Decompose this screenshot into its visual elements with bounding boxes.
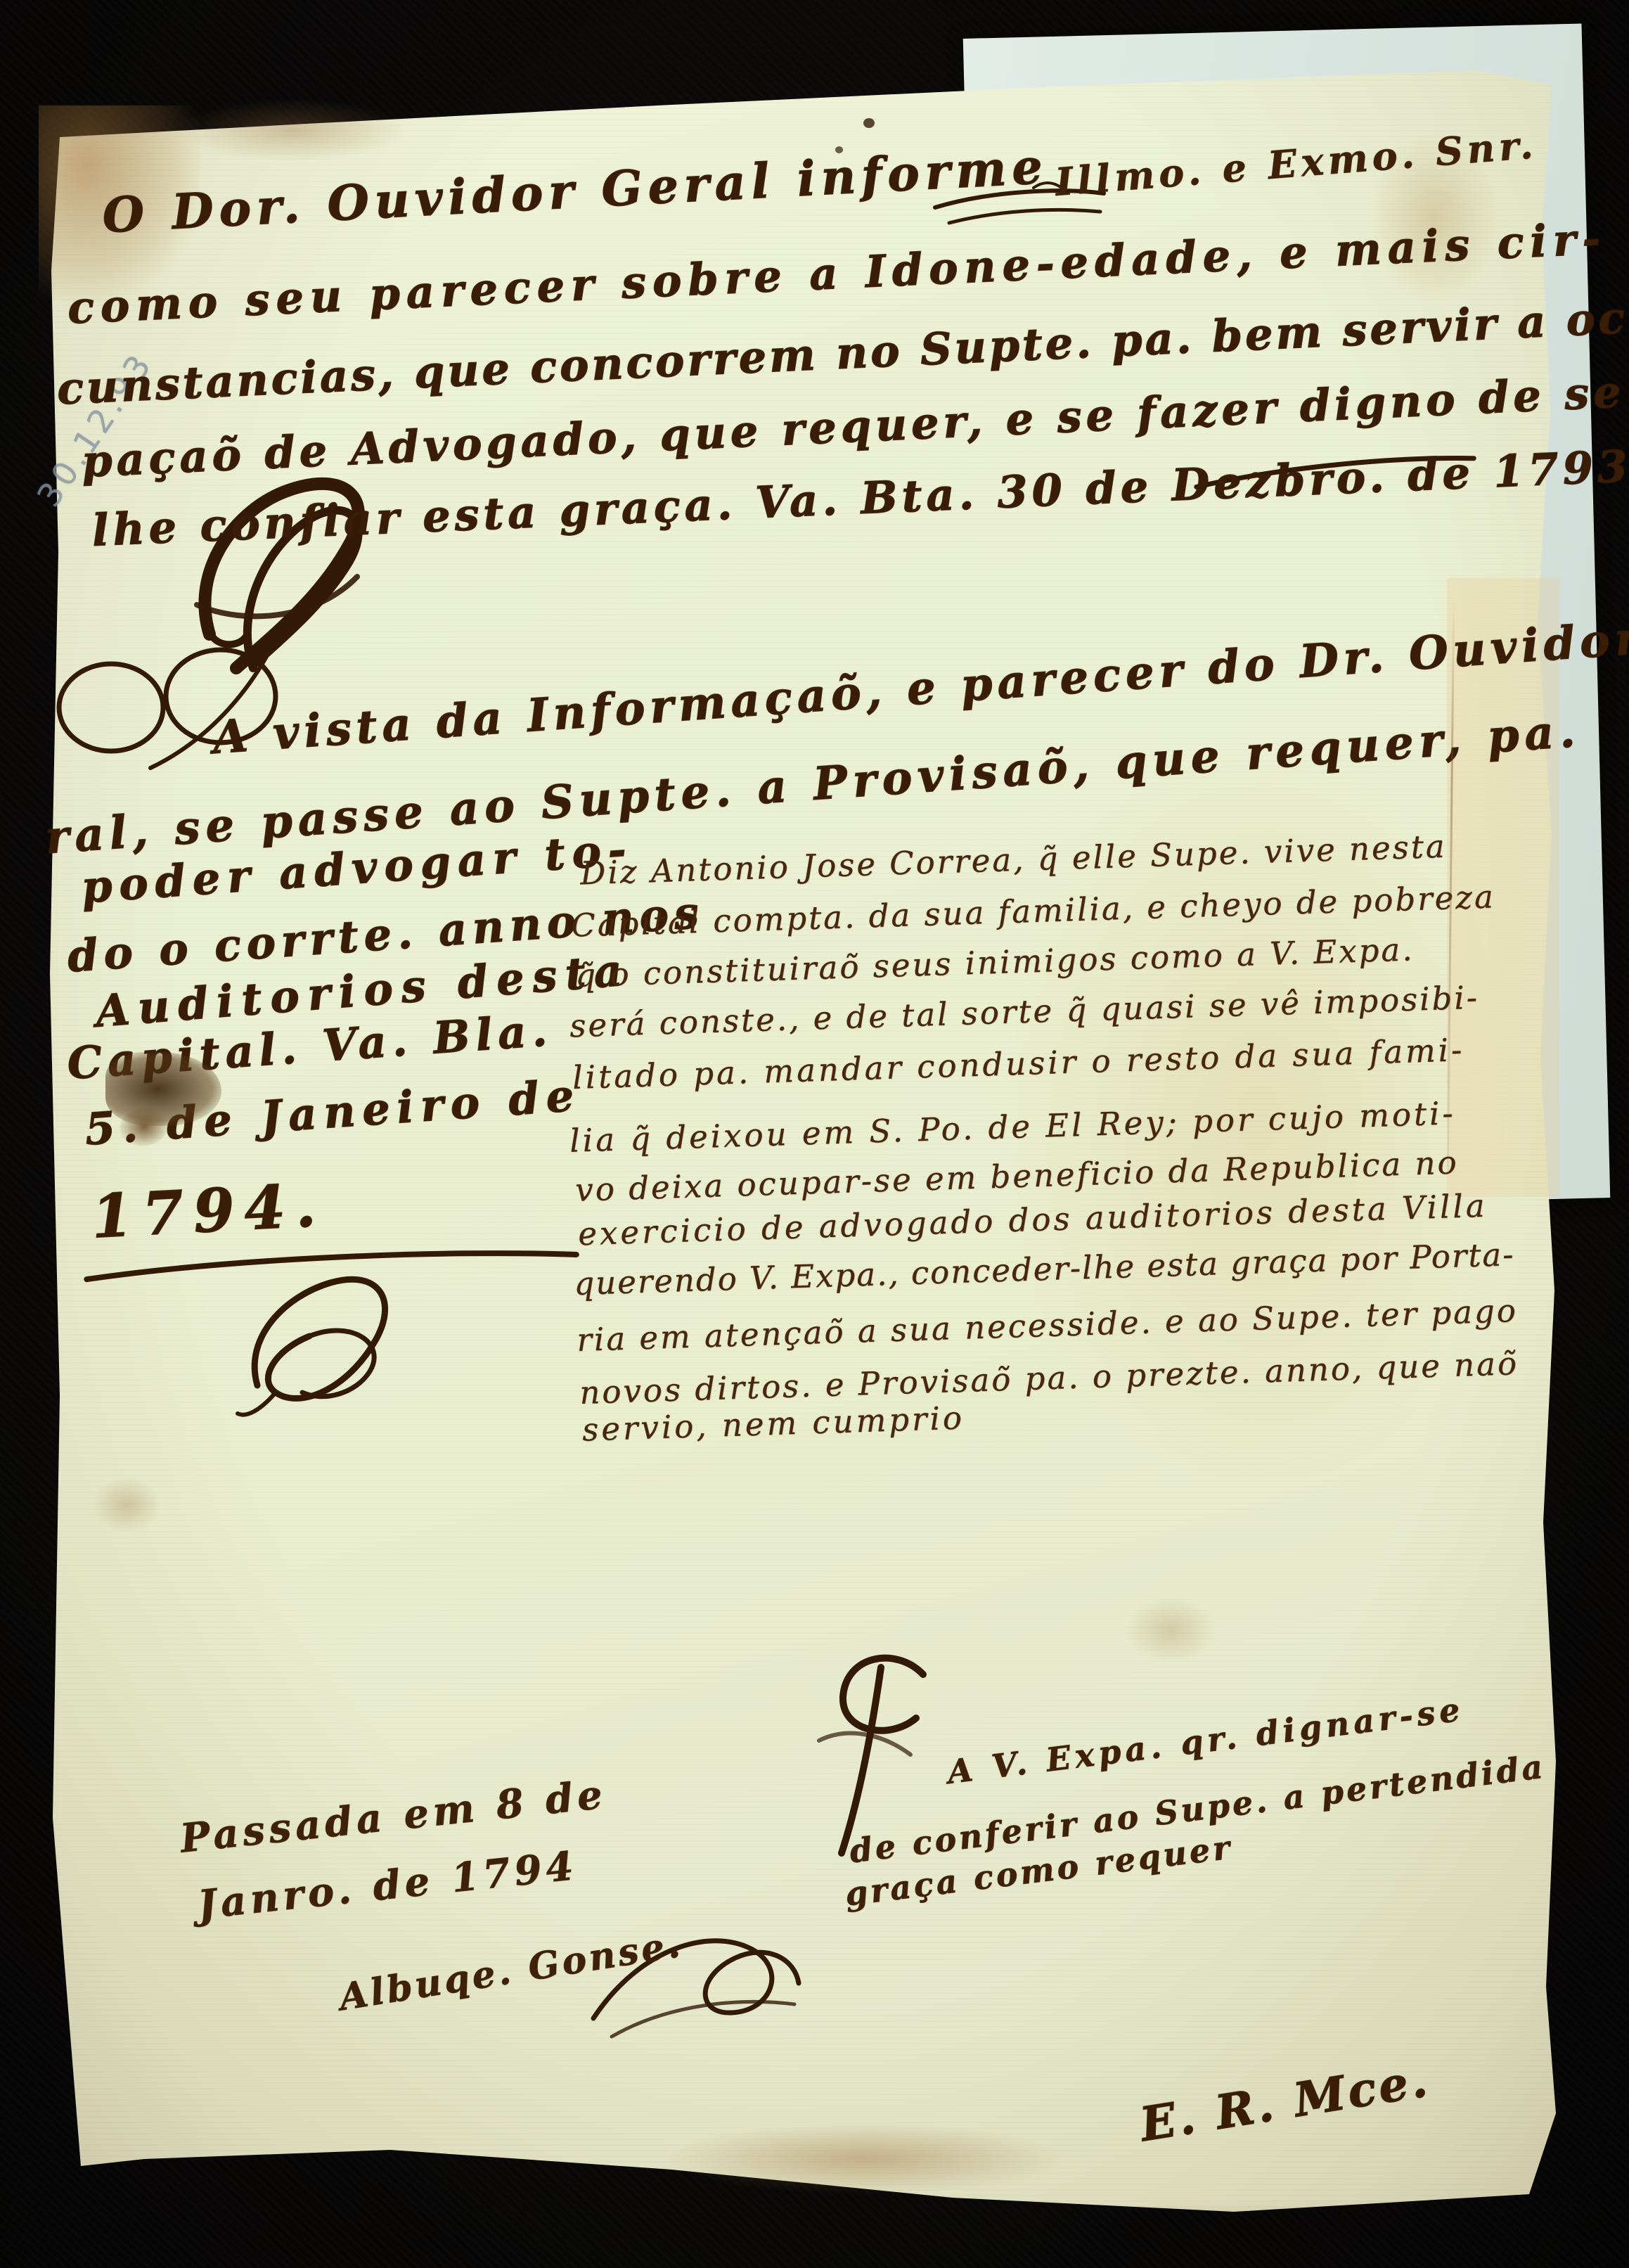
signature-paraph-flourish	[584, 1899, 809, 2061]
despacho-provisao-line: 1794.	[90, 1170, 328, 1251]
manuscript-scan-photo: 30.12.93 Illmo. e Exmo. Snr. O Dor. Ouvi…	[0, 0, 1629, 2268]
governor-rubric-flourish	[232, 1252, 411, 1424]
